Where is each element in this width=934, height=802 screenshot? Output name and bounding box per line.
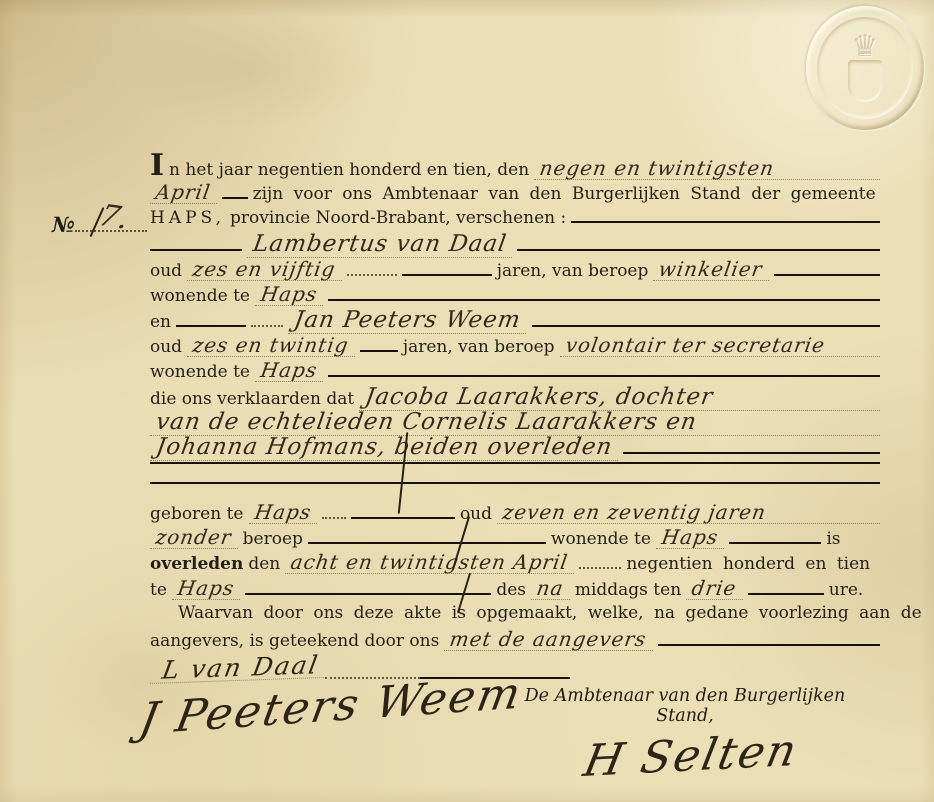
form-line-10: die ons verklaarden datJacoba Laarakkers… [150,386,880,411]
printed-text: wonende te [150,286,250,306]
ink-rule [402,274,492,276]
ink-rule [623,452,880,454]
handwritten-text: zonder [150,527,241,549]
coat-of-arms-shield-icon [848,60,882,102]
form-line-12: Johanna Hofmans, beiden overleden [150,436,880,461]
printed-text: wonende te [150,362,250,382]
printed-text: aangevers, is geteekend door ons [150,631,439,651]
printed-text: zijn voor ons Ambtenaar van den Burgerli… [253,184,876,204]
form-line-6: wonende teHaps [150,284,880,309]
printed-text: Waarvan door ons deze akte is opgemaakt,… [178,603,922,623]
handwritten-text: zes en vijftig [187,259,345,281]
ink-rule [360,350,398,352]
printed-text: geboren te [150,504,244,524]
printed-text: negentien honderd en tien [626,554,870,574]
printed-text: beroep [243,529,303,549]
ink-rule [748,593,824,595]
printed-text: HAPS, [150,208,225,228]
ink-rule [308,542,546,544]
ink-rule [150,482,880,484]
ink-rule [150,462,880,464]
ink-rule [245,593,491,595]
handwritten-text: Haps [255,284,327,306]
handwritten-text: zes en twintig [187,335,358,357]
printed-text: n het jaar negentien honderd en tien, de… [169,160,529,180]
ink-rule [176,325,246,327]
dotted-leader [251,325,283,327]
signature-registrar: H Selten [580,729,802,784]
printed-text: provincie Noord-Brabant, verschenen : [230,208,566,228]
printed-text: is [826,529,840,549]
printed-text: den [248,554,280,574]
form-line-8: oudzes en twintigjaren, van beroepvolont… [150,335,880,360]
handwritten-text: drie [686,578,746,600]
crown-icon: ♛ [852,34,879,60]
ink-rule [150,249,242,251]
printed-text: jaren, van beroep [403,337,555,357]
form-line-19: Waarvan door ons deze akte is opgemaakt,… [150,603,880,628]
form-line-11: van de echtelieden Cornelis Laarakkers e… [150,411,880,436]
printed-text: middags ten [575,580,681,600]
handwritten-text: Haps [172,578,244,600]
form-line-14 [150,482,880,502]
ink-rule [351,517,455,519]
registrar-block: De Ambtenaar van den Burgerlijken Stand,… [500,686,870,784]
printed-text: oud [150,337,182,357]
form-line-3: HAPS,provincie Noord-Brabant, verschenen… [150,208,880,233]
ink-rule [774,274,880,276]
ink-rule [222,197,248,199]
handwritten-text: Jacoba Laarakkers, dochter [359,386,884,411]
printed-text: oud [460,504,492,524]
form-line-7: enJan Peeters Weem [150,309,880,334]
form-line-20: aangevers, is geteekend door onsmet de a… [150,629,880,654]
form-line-5: oudzes en vijftigjaren, van beroepwinkel… [150,259,880,284]
handwritten-text: volontair ter secretarie [560,335,884,357]
form-line-1: In het jaar negentien honderd en tien, d… [150,148,880,173]
printed-text: wonende te [551,529,651,549]
handwritten-text: negen en twintigsten [534,158,883,180]
handwritten-text: Haps [255,360,327,382]
form-line-17: overledendenacht en twintigsten Aprilneg… [150,552,880,577]
printed-text: jaren, van beroep [497,261,649,281]
handwritten-text: van de echtelieden Cornelis Laarakkers e… [150,411,884,436]
printed-text: en [150,312,171,332]
signature-declarant-1: L van Daal [150,652,331,684]
handwritten-text: met de aangevers [444,629,656,651]
drop-cap: I [150,148,164,183]
ink-rule [328,375,880,377]
ink-rule [658,644,880,646]
ink-rule [517,249,880,251]
registrar-title: De Ambtenaar van den Burgerlijken Stand, [500,686,870,726]
handwritten-text: April [150,182,220,204]
ink-rule [729,542,821,544]
ink-rule [328,299,880,301]
form-line-15: geboren teHapsoudzeven en zeventig jaren [150,502,880,527]
printed-text: te [150,580,167,600]
paper-stain [120,10,380,130]
form-line-2: Aprilzijn voor ons Ambtenaar van den Bur… [150,182,880,207]
printed-text-bold: overleden [150,554,243,574]
form-line-13 [150,462,880,482]
handwritten-text: Lambertus van Daal [247,233,516,258]
seal-inner-ring: ♛ [817,17,913,119]
handwritten-text: winkelier [653,259,772,281]
printed-text: des [496,580,526,600]
handwritten-text: na [531,578,573,600]
form-line-16: zonderberoepwonende teHapsis [150,527,880,552]
printed-text: die ons verklaarden dat [150,389,354,409]
dotted-leader [322,517,346,519]
printed-text: oud [150,261,182,281]
handwritten-text: Johanna Hofmans, beiden overleden [150,436,622,461]
scanned-document-page: { "colors": { "paper": "#ecdfb6", "print… [0,0,934,802]
act-number-label: № [52,212,75,237]
ink-rule [571,221,880,223]
embossed-seal-icon: ♛ [806,6,924,130]
handwritten-text: Jan Peeters Weem [288,309,530,334]
printed-text: ure. [829,580,864,600]
dotted-leader [347,274,397,276]
ink-rule [532,325,881,327]
form-line-9: wonende teHaps [150,360,880,385]
handwritten-text: Haps [249,502,321,524]
certificate-body: In het jaar negentien honderd en tien, d… [150,148,880,654]
dotted-leader [579,567,621,569]
form-line-18: teHapsdesnamiddags tendrieure. [150,578,880,603]
handwritten-text: acht en twintigsten April [285,552,578,574]
handwritten-text: zeven en zeventig jaren [497,502,883,524]
form-line-4: Lambertus van Daal [150,233,880,258]
handwritten-text: Haps [656,527,728,549]
